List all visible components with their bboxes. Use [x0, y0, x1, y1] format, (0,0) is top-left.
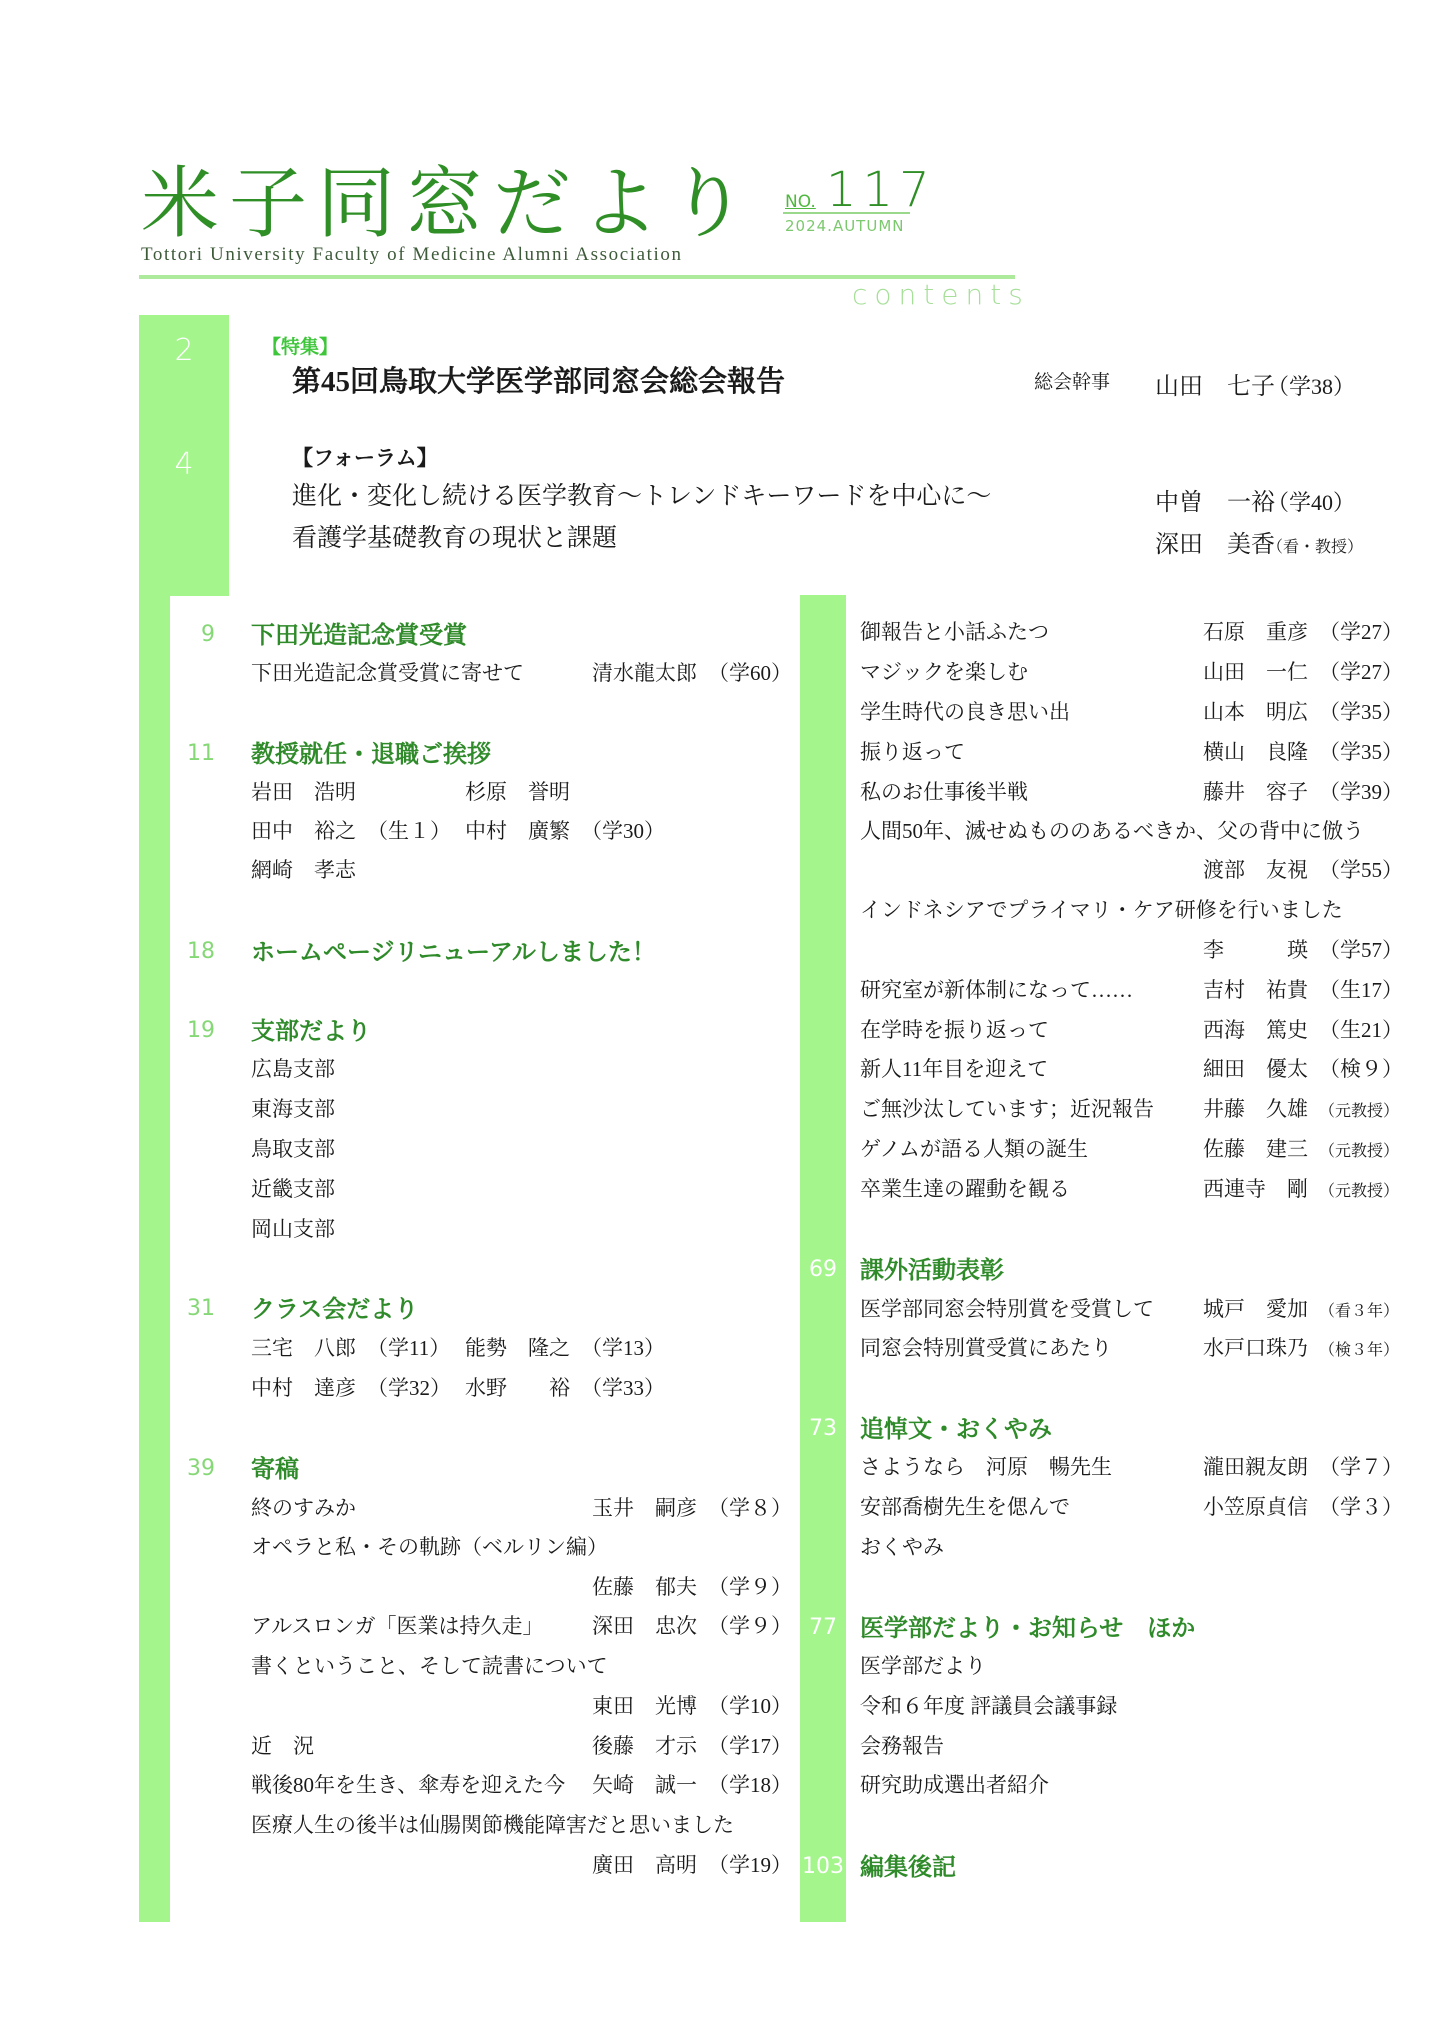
toc-entry-author-line: 東田 光博（学10） [251, 1693, 786, 1719]
person: 水野 裕（学33） [465, 1375, 665, 1401]
author-name: 清水龍太郎 [592, 660, 708, 686]
toc-entry-author-line: 佐藤 郁夫（学９） [251, 1574, 786, 1600]
entry-author: 矢崎 誠一（学18） [592, 1772, 792, 1798]
toc-entry: 終のすみか 玉井 嗣彦（学８） [251, 1495, 786, 1521]
toc-entry: 医学部同窓会特別賞を受賞して 城戸 愛加（看３年） [860, 1296, 1400, 1322]
author-name: 山田 七子 [1155, 366, 1267, 401]
page-number: 31 [155, 1296, 215, 1322]
entry-title: 終のすみか [251, 1496, 356, 1520]
contents-label: contents [852, 278, 1030, 312]
person: 田中 裕之（生１） [251, 819, 451, 843]
section-heading: ホームページリニューアルしました！ [251, 939, 656, 965]
entry-author: 渡部 友視（学55） [1203, 857, 1403, 883]
entry-title: 研究室が新体制になって…… [860, 978, 1133, 1002]
entry-title: 進化・変化し続ける医学教育～トレンドキーワードを中心に～ [292, 483, 991, 510]
issue-divider [783, 212, 910, 214]
entry-author: 井藤 久雄（元教授） [1203, 1096, 1399, 1125]
toc-entry: 近 況 後藤 才示（学17） [251, 1733, 786, 1759]
entry-title: おくやみ [860, 1535, 944, 1559]
people-row: 岩田 浩明 杉原 誉明 [251, 779, 786, 805]
entry-title: 戦後80年を生き、傘寿を迎えた今 [251, 1773, 565, 1797]
person: 中村 廣繁（学30） [465, 818, 665, 844]
entry-author: 李 瑛（学57） [1203, 937, 1403, 963]
association-subtitle: Tottori University Faculty of Medicine A… [141, 243, 683, 267]
person: 網崎 孝志 [251, 858, 367, 882]
toc-entry: 学生時代の良き思い出 山本 明広（学35） [860, 699, 1400, 725]
toc-entry: 卒業生達の躍動を観る 西連寺 剛（元教授） [860, 1176, 1400, 1202]
author-role: 総会幹事 [1034, 371, 1110, 395]
author-affiliation: （学38） [1267, 374, 1355, 399]
entry-author: 山本 明広（学35） [1203, 699, 1403, 725]
entry-author: 中曽 一裕（学40） [1155, 482, 1355, 517]
page-number: 69 [800, 1257, 846, 1283]
page-number: 4 [139, 447, 229, 483]
entry-author: 城戸 愛加（看３年） [1203, 1296, 1399, 1325]
accent-bar-left-column [139, 595, 170, 1922]
entry-title: マジックを楽しむ [860, 660, 1028, 684]
page-number: 39 [155, 1456, 215, 1482]
people-row: 網崎 孝志 [251, 857, 786, 883]
toc-entry: 安部喬樹先生を偲んで 小笠原貞信（学３） [860, 1494, 1400, 1520]
magazine-title: 米子同窓だより [141, 158, 757, 250]
entry-title: 安部喬樹先生を偲んで [860, 1495, 1070, 1519]
author-affiliation: （学60） [708, 661, 792, 685]
entry-author: 瀧田親友朗（学７） [1203, 1454, 1403, 1480]
entry-author: 藤井 容子（学39） [1203, 779, 1403, 805]
toc-entry: 鳥取支部 [251, 1136, 786, 1162]
author-name: 中曽 一裕 [1155, 482, 1267, 517]
page-number: 77 [800, 1615, 846, 1641]
entry-author: 深田 美香（看・教授） [1155, 524, 1363, 559]
toc-entry: 人間50年、滅せぬもののあるべきか、父の背中に倣う [860, 818, 1400, 844]
entry-author: 東田 光博（学10） [592, 1693, 792, 1719]
entry-title: ゲノムが語る人類の誕生 [860, 1137, 1088, 1161]
section-heading: 下田光造記念賞受賞 [251, 622, 467, 648]
entry-title: さようなら 河原 暢先生 [860, 1455, 1112, 1479]
author-name: 深田 美香 [1155, 524, 1267, 559]
entry-author: 後藤 才示（学17） [592, 1733, 792, 1759]
person: 岩田 浩明 [251, 780, 367, 804]
section-heading: 教授就任・退職ご挨拶 [251, 741, 491, 767]
toc-entry: 近畿支部 [251, 1176, 786, 1202]
toc-entry: インドネシアでプライマリ・ケア研修を行いました [860, 897, 1400, 923]
toc-entry: ゲノムが語る人類の誕生 佐藤 建三（元教授） [860, 1136, 1400, 1162]
person: 杉原 誉明 [465, 779, 581, 805]
toc-entry: 御報告と小話ふたつ 石原 重彦（学27） [860, 619, 1400, 645]
entry-author: 細田 優太（検９） [1203, 1056, 1403, 1082]
page-number: 18 [155, 939, 215, 965]
entry-author: 深田 忠次（学９） [592, 1613, 792, 1639]
entry-author: 清水龍太郎（学60） [592, 660, 792, 686]
page-number: 2 [139, 333, 229, 369]
toc-entry: おくやみ [860, 1534, 1400, 1560]
issue-date: 2024.AUTUMN [785, 216, 905, 236]
section-heading: 支部だより [251, 1018, 371, 1044]
entry-title: 振り返って [860, 740, 965, 764]
entry-title: 書くということ、そして読書について [251, 1654, 608, 1678]
section-heading: クラス会だより [251, 1296, 418, 1322]
page-number: 19 [155, 1018, 215, 1044]
entry-title: 人間50年、滅せぬもののあるべきか、父の背中に倣う [860, 819, 1364, 843]
entry-author: 廣田 高明（学19） [592, 1852, 792, 1878]
toc-entry: 岡山支部 [251, 1216, 786, 1242]
toc-entry: 医学部だより [860, 1653, 1400, 1679]
section-heading: 課外活動表彰 [860, 1257, 1004, 1283]
people-row: 田中 裕之（生１） 中村 廣繁（学30） [251, 818, 786, 844]
page-number: 9 [155, 622, 215, 648]
page-number: 11 [155, 741, 215, 767]
entry-author: 吉村 祐貴（生17） [1203, 977, 1403, 1003]
toc-entry: オペラと私・その軌跡（ベルリン編） [251, 1534, 786, 1560]
person: 三宅 八郎（学11） [251, 1336, 450, 1360]
toc-entry: 振り返って 横山 良隆（学35） [860, 739, 1400, 765]
entry-author: 西連寺 剛（元教授） [1203, 1176, 1399, 1205]
entry-title: 私のお仕事後半戦 [860, 780, 1028, 804]
toc-entry: さようなら 河原 暢先生 瀧田親友朗（学７） [860, 1454, 1400, 1480]
person: 能勢 隆之（学13） [465, 1335, 665, 1361]
entry-title: 卒業生達の躍動を観る [860, 1177, 1070, 1201]
entry-author: 西海 篤史（生21） [1203, 1017, 1403, 1043]
entry-title: ご無沙汰しています；近況報告 [860, 1097, 1154, 1121]
toc-entry: 下田光造記念賞受賞に寄せて 清水龍太郎（学60） [251, 660, 786, 686]
toc-entry: 東海支部 [251, 1096, 786, 1122]
issue-prefix: NO. [785, 192, 816, 212]
author-affiliation: （学40） [1267, 490, 1355, 515]
section-heading: 医学部だより・お知らせ ほか [860, 1615, 1195, 1641]
entry-title: アルスロンガ「医業は持久走」 [251, 1614, 544, 1638]
page-number: 103 [800, 1854, 846, 1880]
toc-entry: 医療人生の後半は仙腸関節機能障害だと思いました [251, 1812, 786, 1838]
entry-author: 小笠原貞信（学３） [1203, 1494, 1403, 1520]
entry-author: 石原 重彦（学27） [1203, 619, 1403, 645]
toc-entry: 広島支部 [251, 1056, 786, 1082]
toc-entry: 新人11年目を迎えて 細田 優太（検９） [860, 1056, 1400, 1082]
entry-author: 山田 一仁（学27） [1203, 659, 1403, 685]
toc-entry: マジックを楽しむ 山田 一仁（学27） [860, 659, 1400, 685]
section-heading: 編集後記 [860, 1854, 956, 1880]
entry-title: 学生時代の良き思い出 [860, 700, 1070, 724]
toc-entry: 書くということ、そして読書について [251, 1653, 786, 1679]
entry-title: オペラと私・その軌跡（ベルリン編） [251, 1535, 608, 1559]
entry-title: 医療人生の後半は仙腸関節機能障害だと思いました [251, 1813, 734, 1837]
entry-author: 水戸口珠乃（検３年） [1203, 1335, 1399, 1364]
entry-author: 佐藤 郁夫（学９） [592, 1574, 792, 1600]
person: 中村 達彦（学32） [251, 1376, 451, 1400]
entry-title: インドネシアでプライマリ・ケア研修を行いました [860, 898, 1343, 922]
people-row: 中村 達彦（学32） 水野 裕（学33） [251, 1375, 786, 1401]
entry-title: 御報告と小話ふたつ [860, 620, 1049, 644]
entry-title: 近 況 [251, 1734, 314, 1758]
people-row: 三宅 八郎（学11） 能勢 隆之（学13） [251, 1335, 786, 1361]
toc-entry: 同窓会特別賞受賞にあたり 水戸口珠乃（検３年） [860, 1335, 1400, 1361]
section-heading: 追悼文・おくやみ [860, 1416, 1052, 1442]
entry-author: 山田 七子（学38） [1155, 366, 1355, 401]
issue-number: 117 [826, 166, 936, 214]
toc-entry-author-line: 廣田 高明（学19） [251, 1852, 786, 1878]
section-heading: 寄稿 [251, 1456, 299, 1482]
toc-entry: 令和６年度 評議員会議事録 [860, 1693, 1400, 1719]
toc-entry: 戦後80年を生き、傘寿を迎えた今 矢崎 誠一（学18） [251, 1772, 786, 1798]
author-affiliation: （看・教授） [1267, 539, 1363, 556]
toc-entry: 会務報告 [860, 1733, 1400, 1759]
page-number: 73 [800, 1416, 846, 1442]
entry-title: 看護学基礎教育の現状と課題 [292, 525, 617, 552]
toc-entry: 進化・変化し続ける医学教育～トレンドキーワードを中心に～ [292, 482, 991, 512]
toc-entry: 研究室が新体制になって…… 吉村 祐貴（生17） [860, 977, 1400, 1003]
toc-entry: 在学時を振り返って 西海 篤史（生21） [860, 1017, 1400, 1043]
toc-entry: アルスロンガ「医業は持久走」 深田 忠次（学９） [251, 1613, 786, 1639]
toc-entry: ご無沙汰しています；近況報告 井藤 久雄（元教授） [860, 1096, 1400, 1122]
toc-entry-author-line: 李 瑛（学57） [860, 937, 1400, 963]
entry-author: 横山 良隆（学35） [1203, 739, 1403, 765]
entry-title: 在学時を振り返って [860, 1018, 1049, 1042]
entry-author: 佐藤 建三（元教授） [1203, 1136, 1399, 1165]
toc-entry-author-line: 渡部 友視（学55） [860, 857, 1400, 883]
entry-title: 新人11年目を迎えて [860, 1057, 1048, 1081]
special-feature-tag: 【特集】 [262, 335, 338, 359]
toc-entry: 研究助成選出者紹介 [860, 1772, 1400, 1798]
forum-tag: 【フォーラム】 [292, 444, 438, 472]
special-feature-title: 第45回鳥取大学医学部同窓会総会報告 [292, 364, 785, 400]
entry-title: 下田光造記念賞受賞に寄せて [251, 661, 524, 685]
entry-title: 同窓会特別賞受賞にあたり [860, 1336, 1112, 1360]
toc-entry: 看護学基礎教育の現状と課題 [292, 524, 617, 554]
entry-author: 玉井 嗣彦（学８） [592, 1495, 792, 1521]
toc-entry: 私のお仕事後半戦 藤井 容子（学39） [860, 779, 1400, 805]
entry-title: 医学部同窓会特別賞を受賞して [860, 1297, 1154, 1321]
